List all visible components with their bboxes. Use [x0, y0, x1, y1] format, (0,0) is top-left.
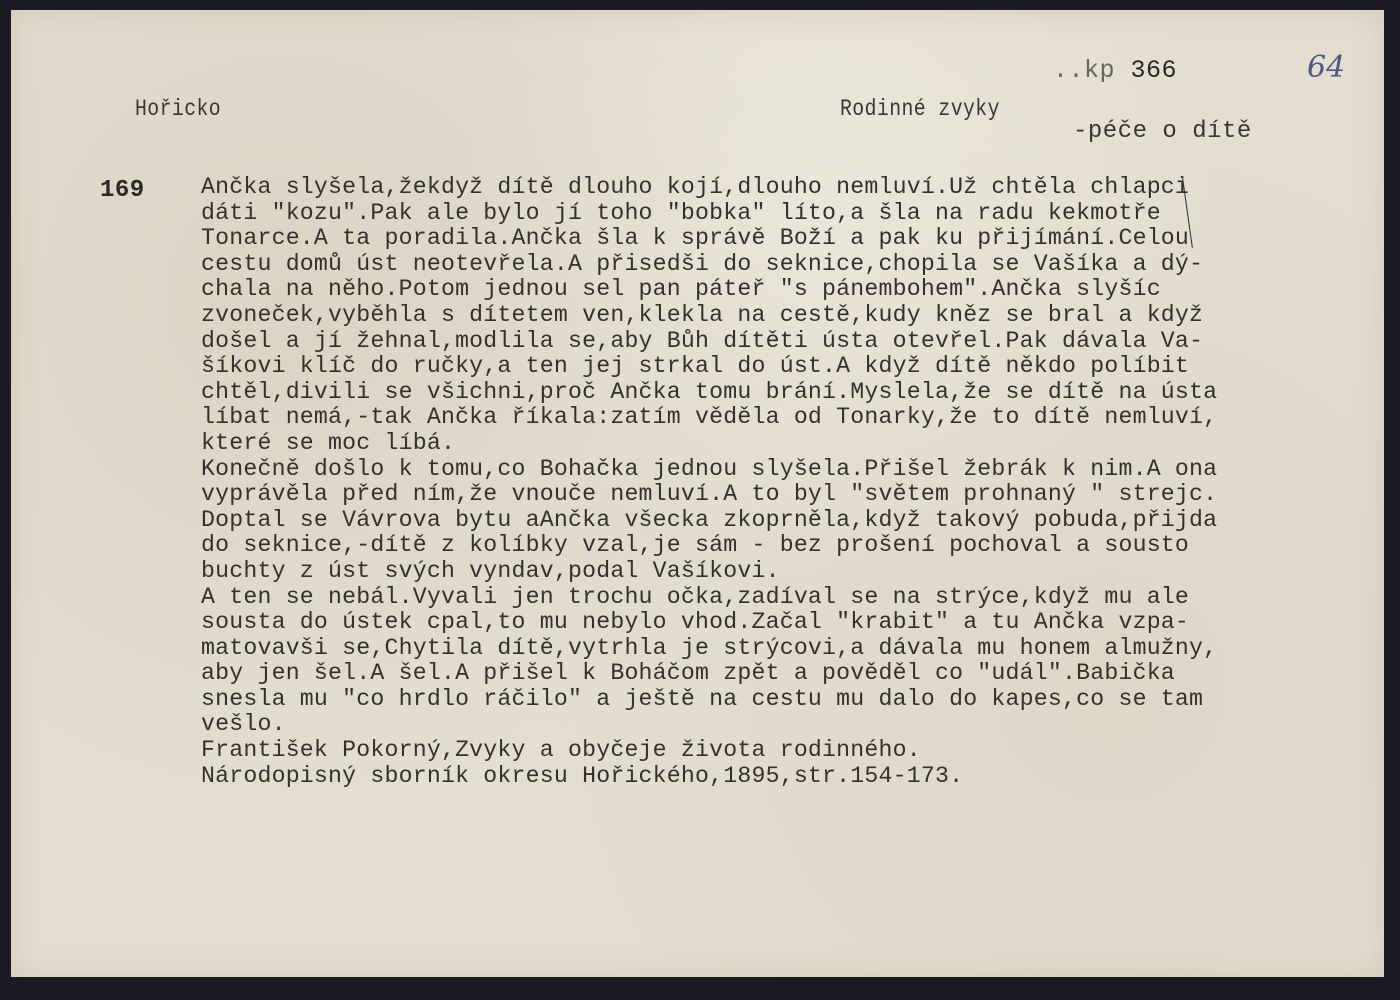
subject-subheading: -péče o dítě	[1073, 118, 1252, 145]
text-line: které se moc líbá.	[201, 431, 1217, 457]
text-line: vyprávěla před ním,že vnouče nemluví.A t…	[201, 482, 1217, 508]
catalog-prefix: ..kp	[1053, 56, 1115, 85]
text-line: František Pokorný,Zvyky a obyčeje života…	[201, 738, 1217, 764]
text-line: chala na něho.Potom jednou sel pan páteř…	[201, 277, 1217, 303]
text-line: matovavši se,Chytila dítě,vytrhla je str…	[201, 636, 1217, 662]
text-line: líbat nemá,-tak Ančka říkala:zatím věděl…	[201, 405, 1217, 431]
text-line: Tonarce.A ta poradila.Ančka šla k správě…	[201, 226, 1217, 252]
handwritten-page-number: 64	[1307, 50, 1345, 85]
archive-index-card: ..kp 366 64 Hořicko Rodinné zvyky -péče …	[11, 10, 1384, 977]
text-line: dáti "kozu".Pak ale bylo jí toho "bobka"…	[201, 201, 1217, 227]
entry-number: 169	[100, 177, 145, 204]
subject-heading: Rodinné zvyky	[840, 96, 1000, 122]
text-line: cestu domů úst neotevřela.A přisedši do …	[201, 252, 1217, 278]
catalog-reference: ..kp 366	[1053, 56, 1177, 85]
text-line: A ten se nebál.Vyvali jen trochu očka,za…	[201, 585, 1217, 611]
region-heading: Hořicko	[135, 96, 221, 122]
text-line: Doptal se Vávrova bytu aAnčka všecka zko…	[201, 508, 1217, 534]
entry-body-text: Ančka slyšela,žekdyž dítě dlouho kojí,dl…	[201, 175, 1217, 789]
text-line: šíkovi klíč do ručky,a ten jej strkal do…	[201, 354, 1217, 380]
catalog-number: 366	[1131, 56, 1178, 85]
text-line: chtěl,divili se všichni,proč Ančka tomu …	[201, 380, 1217, 406]
text-line: Národopisný sborník okresu Hořického,189…	[201, 764, 1217, 790]
text-line: došel a jí žehnal,modlila se,aby Bůh dít…	[201, 329, 1217, 355]
text-line: vešlo.	[201, 712, 1217, 738]
text-line: do seknice,-dítě z kolíbky vzal,je sám -…	[201, 533, 1217, 559]
text-line: sousta do ústek cpal,to mu nebylo vhod.Z…	[201, 610, 1217, 636]
text-line: buchty z úst svých vyndav,podal Vašíkovi…	[201, 559, 1217, 585]
text-line: Konečně došlo k tomu,co Bohačka jednou s…	[201, 457, 1217, 483]
text-line: zvoneček,vyběhla s dítetem ven,klekla na…	[201, 303, 1217, 329]
text-line: Ančka slyšela,žekdyž dítě dlouho kojí,dl…	[201, 175, 1217, 201]
text-line: snesla mu "co hrdlo ráčilo" a ještě na c…	[201, 687, 1217, 713]
text-line: aby jen šel.A šel.A přišel k Boháčom zpě…	[201, 661, 1217, 687]
